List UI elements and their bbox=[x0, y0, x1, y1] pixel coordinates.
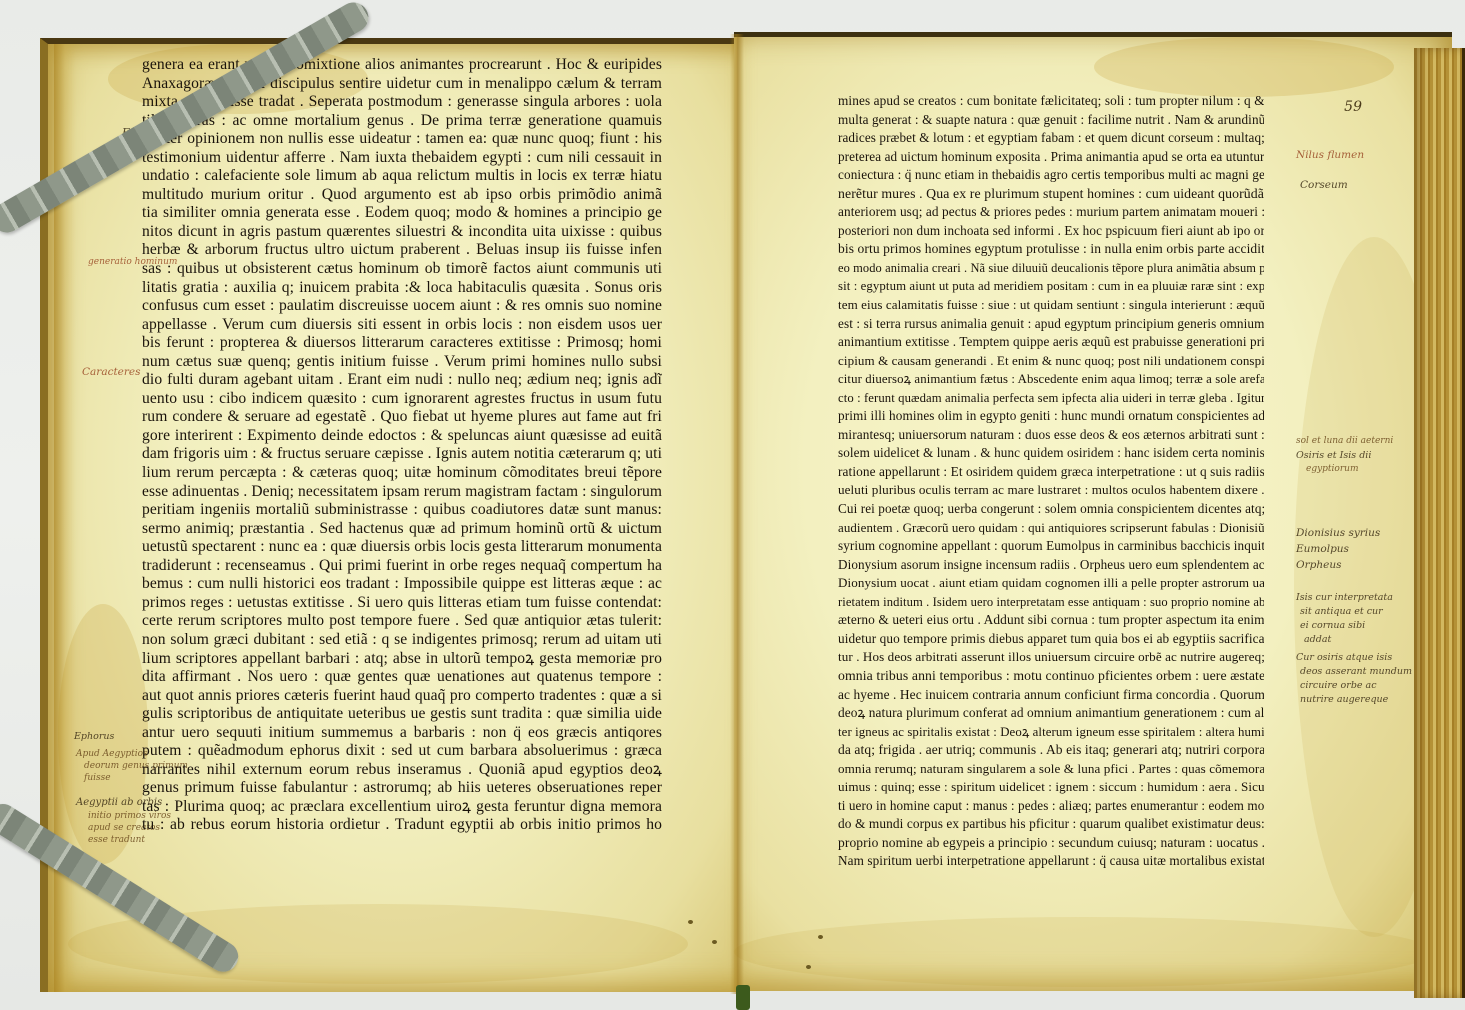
text-line: radices præbet & lotum : et egyptiam fab… bbox=[838, 129, 1264, 148]
ribbon-bookmark bbox=[736, 985, 750, 1010]
text-line: herbæ & arborum fructus ultro uictum pra… bbox=[142, 241, 662, 260]
marginal-note: Cur osiris atque isis bbox=[1296, 651, 1392, 664]
text-line: gulis scriptoribus de antiquitate ueteri… bbox=[142, 705, 662, 724]
text-line: da atq; frigida . aer utriq; communis . … bbox=[838, 741, 1264, 760]
text-line: nerẽtur mures . Qua ex re plurimum stupe… bbox=[838, 185, 1264, 204]
text-line: lium rerum percæpta : & cæteras quoq; ui… bbox=[142, 464, 662, 483]
text-line: primi illi homines olim in egypto geniti… bbox=[838, 407, 1264, 426]
folio-number: 59 bbox=[1344, 99, 1362, 115]
text-line: appellasse . Verum cum diuersis siti ess… bbox=[142, 316, 662, 335]
book-gutter bbox=[730, 34, 744, 994]
text-line: uidetur quo tempore primis diebus appare… bbox=[838, 630, 1264, 649]
worm-hole bbox=[688, 920, 693, 924]
marginal-note: ei cornua sibi bbox=[1300, 619, 1365, 632]
text-line: lium scriptores appellant barbari : atq;… bbox=[142, 650, 662, 669]
marginal-note: Eumolpus bbox=[1296, 543, 1349, 556]
left-page-text: genera ea erant mutua cõmixtione alios a… bbox=[142, 56, 662, 835]
text-line: omnia rerumq; naturam singularem a sole … bbox=[838, 760, 1264, 779]
text-line: dita affirmant . Nos uero : quæ gentes q… bbox=[142, 668, 662, 687]
text-line: cipium & causam generandi . Et enim & nu… bbox=[838, 352, 1264, 371]
marginal-note: egyptiorum bbox=[1306, 463, 1358, 476]
text-line: coniectura : q̈ nunc etiam in thebaidis … bbox=[838, 166, 1264, 185]
text-line: rietatem inditum . Isidem uero interpret… bbox=[838, 593, 1264, 612]
marginal-note: circuire orbe ac bbox=[1300, 679, 1377, 692]
text-line: certe rerum scriptores multo post tempor… bbox=[142, 612, 662, 631]
text-line: confusus cum esset : paulatim discreuiss… bbox=[142, 297, 662, 316]
marginal-note: nutrire augereque bbox=[1300, 693, 1388, 706]
worm-hole bbox=[806, 965, 811, 969]
text-line: dio fulti duram agebant uitam . Erant ei… bbox=[142, 371, 662, 390]
marginal-note: deos asserant mundum bbox=[1300, 665, 1412, 678]
text-line: æterno & ueteri eius ortu . Addunt sibi … bbox=[838, 611, 1264, 630]
text-line: ueluti pluribus oculis terram ac mare lu… bbox=[838, 481, 1264, 500]
text-line: solem uidelicet & lunam . & hunc quidem … bbox=[838, 444, 1264, 463]
worm-hole bbox=[818, 935, 823, 939]
text-line: litatis gratia : auxilia q; inuicem prab… bbox=[142, 279, 662, 298]
text-line: tia similiter omnia generata esse . Eode… bbox=[142, 204, 662, 223]
text-line: præter opinionem non nullis esse uideatu… bbox=[142, 130, 662, 149]
text-line: deoꝝ natura plurimum conferat ad omnium … bbox=[838, 704, 1264, 723]
text-line: aut quot annis priores cæteris fuerint h… bbox=[142, 687, 662, 706]
marginal-note: esse tradunt bbox=[88, 834, 145, 847]
text-line: putem : quẽadmodum ephorus dixit : sed u… bbox=[142, 742, 662, 761]
right-page-text: mines apud se creatos : cum bonitate fæl… bbox=[838, 92, 1264, 871]
text-line: uento usu : cibo indicem quæsito : cum i… bbox=[142, 390, 662, 409]
text-line: genera ea erant mutua cõmixtione alios a… bbox=[142, 56, 662, 75]
marginal-note: Orpheus bbox=[1296, 559, 1341, 572]
marginal-note: Dionisius syrius bbox=[1296, 527, 1380, 540]
text-line: undatio : calefaciente sole limum ab aqu… bbox=[142, 167, 662, 186]
text-line: ter igneus ac spiritalis existat : Deoꝝ … bbox=[838, 723, 1264, 742]
marginal-note: addat bbox=[1304, 633, 1331, 646]
marginal-note: Isis cur interpretata bbox=[1296, 591, 1393, 604]
text-line: Dionysium uocat . aiunt etiam quidam cog… bbox=[838, 574, 1264, 593]
text-line: posteriori non dum inchoata sed informi … bbox=[838, 222, 1264, 241]
text-line: mirantesq; uniuersorum naturam : duos es… bbox=[838, 426, 1264, 445]
text-line: tilia : feras : ac omne mortalium genus … bbox=[142, 112, 662, 131]
text-line: eo modo animalia creari . Nã siue diluui… bbox=[838, 259, 1264, 278]
text-line: tu : ab rebus eorum historia ordietur . … bbox=[142, 816, 662, 835]
text-line: genus primum fuisse fabulantur : astroru… bbox=[142, 779, 662, 798]
text-line: animantium extitisse . Temptem quippe ae… bbox=[838, 333, 1264, 352]
text-line: esse adinuentas . Deniq; necessitatem ip… bbox=[142, 483, 662, 502]
text-line: citur diuersoꝝ animantium fætus : Absced… bbox=[838, 370, 1264, 389]
text-line: preterea ad uictum hominum exposita . Pr… bbox=[838, 148, 1264, 167]
text-line: ti uero in homine caput : manus : pedes … bbox=[838, 797, 1264, 816]
text-line: sermo animiq; præstantia . Sed hactenus … bbox=[142, 520, 662, 539]
text-line: tas : Plurima quoq; ac præclara excellen… bbox=[142, 798, 662, 817]
text-line: mines apud se creatos : cum bonitate fæl… bbox=[838, 92, 1264, 111]
text-line: narrantes nihil externum eorum rebus ins… bbox=[142, 761, 662, 780]
text-line: ratione appellarunt : Et osiridem quidem… bbox=[838, 463, 1264, 482]
text-line: testimonium uidentur afferre . Nam iuxta… bbox=[142, 149, 662, 168]
text-line: anteriorem usq; ad pectus & priores pede… bbox=[838, 203, 1264, 222]
text-line: bis ferunt : propterea & diuersos litter… bbox=[142, 334, 662, 353]
marginal-note: Caracteres bbox=[82, 366, 141, 379]
text-line: tradiderunt : recenseamus . Qui primi fu… bbox=[142, 557, 662, 576]
text-line: tem eius calamitatis fuisse : siue : ut … bbox=[838, 296, 1264, 315]
text-line: cto : ferunt quædam animalia perfecta se… bbox=[838, 389, 1264, 408]
text-line: peritiam ingeniis mortaliũ subministrass… bbox=[142, 501, 662, 520]
text-line: est : si terra rursus animalia genuit : … bbox=[838, 315, 1264, 334]
text-line: rum condere & seruare ad egestatẽ . Quo … bbox=[142, 408, 662, 427]
text-line: num cætus suæ quenq; gentis initium fuis… bbox=[142, 353, 662, 372]
text-line: do & mundi corpus ex partibus his pficit… bbox=[838, 815, 1264, 834]
text-line: Dionysium asorum insigne incensum radiis… bbox=[838, 556, 1264, 575]
text-line: audientem . Græcorũ uero quidam : qui an… bbox=[838, 519, 1264, 538]
worm-hole bbox=[712, 940, 717, 944]
text-line: primos reges : uetustas extitisse . Si u… bbox=[142, 594, 662, 613]
water-stain bbox=[1094, 37, 1394, 97]
marginal-note: Osiris et Isis dii bbox=[1296, 449, 1371, 462]
text-line: tur . Hos deos arbitrati asserunt illos … bbox=[838, 648, 1264, 667]
marginal-note: Ephorus bbox=[74, 730, 114, 743]
text-line: sit : egyptum aiunt ut puta ad meridiem … bbox=[838, 277, 1264, 296]
text-line: bemus : cum nulli historici eos tradant … bbox=[142, 575, 662, 594]
text-line: antur uero sequuti initium summemus a ba… bbox=[142, 724, 662, 743]
marginal-note: sol et luna dii aeterni bbox=[1296, 435, 1393, 448]
water-stain bbox=[734, 917, 1434, 987]
text-line: uimus : quinq; esse : spiritum uidelicet… bbox=[838, 778, 1264, 797]
marginal-note: Corseum bbox=[1300, 179, 1348, 192]
text-line: omnia tribus anni temporibus : motu cont… bbox=[838, 667, 1264, 686]
text-line: syrium cognomine appellant : quorum Eumo… bbox=[838, 537, 1264, 556]
text-line: bis ortu primos homines egyptum protulis… bbox=[838, 240, 1264, 259]
text-line: non solum græci dubitant : sed etiã : q … bbox=[142, 631, 662, 650]
marginal-note: Nilus flumen bbox=[1296, 149, 1364, 162]
text-line: nitos dicunt in agris pastum quærentes s… bbox=[142, 223, 662, 242]
text-line: dam frigoris uim : & fructus seruare cæp… bbox=[142, 445, 662, 464]
text-line: sas : quibus ut obsisterent cætus hominu… bbox=[142, 260, 662, 279]
text-line: multitudo murium oritur . Quod argumento… bbox=[142, 186, 662, 205]
text-line: Cui rei poetæ quoq; uerba congerunt : so… bbox=[838, 500, 1264, 519]
fore-edge bbox=[1414, 48, 1465, 998]
text-line: uetustũ spectarent : nunc ea : quæ diuer… bbox=[142, 538, 662, 557]
marginal-note: fuisse bbox=[84, 772, 111, 785]
text-line: ac hyeme . Hec inuicem contraria annum c… bbox=[838, 686, 1264, 705]
text-line: multa generat : & suapte natura : quæ ge… bbox=[838, 111, 1264, 130]
text-line: Nam spiritum uerbi interpetratione appel… bbox=[838, 852, 1264, 871]
text-line: proprio nomine ab egypeis a principio : … bbox=[838, 834, 1264, 853]
marginal-note: sit antiqua et cur bbox=[1300, 605, 1383, 618]
text-line: gore interirent : Expimento deinde edoct… bbox=[142, 427, 662, 446]
